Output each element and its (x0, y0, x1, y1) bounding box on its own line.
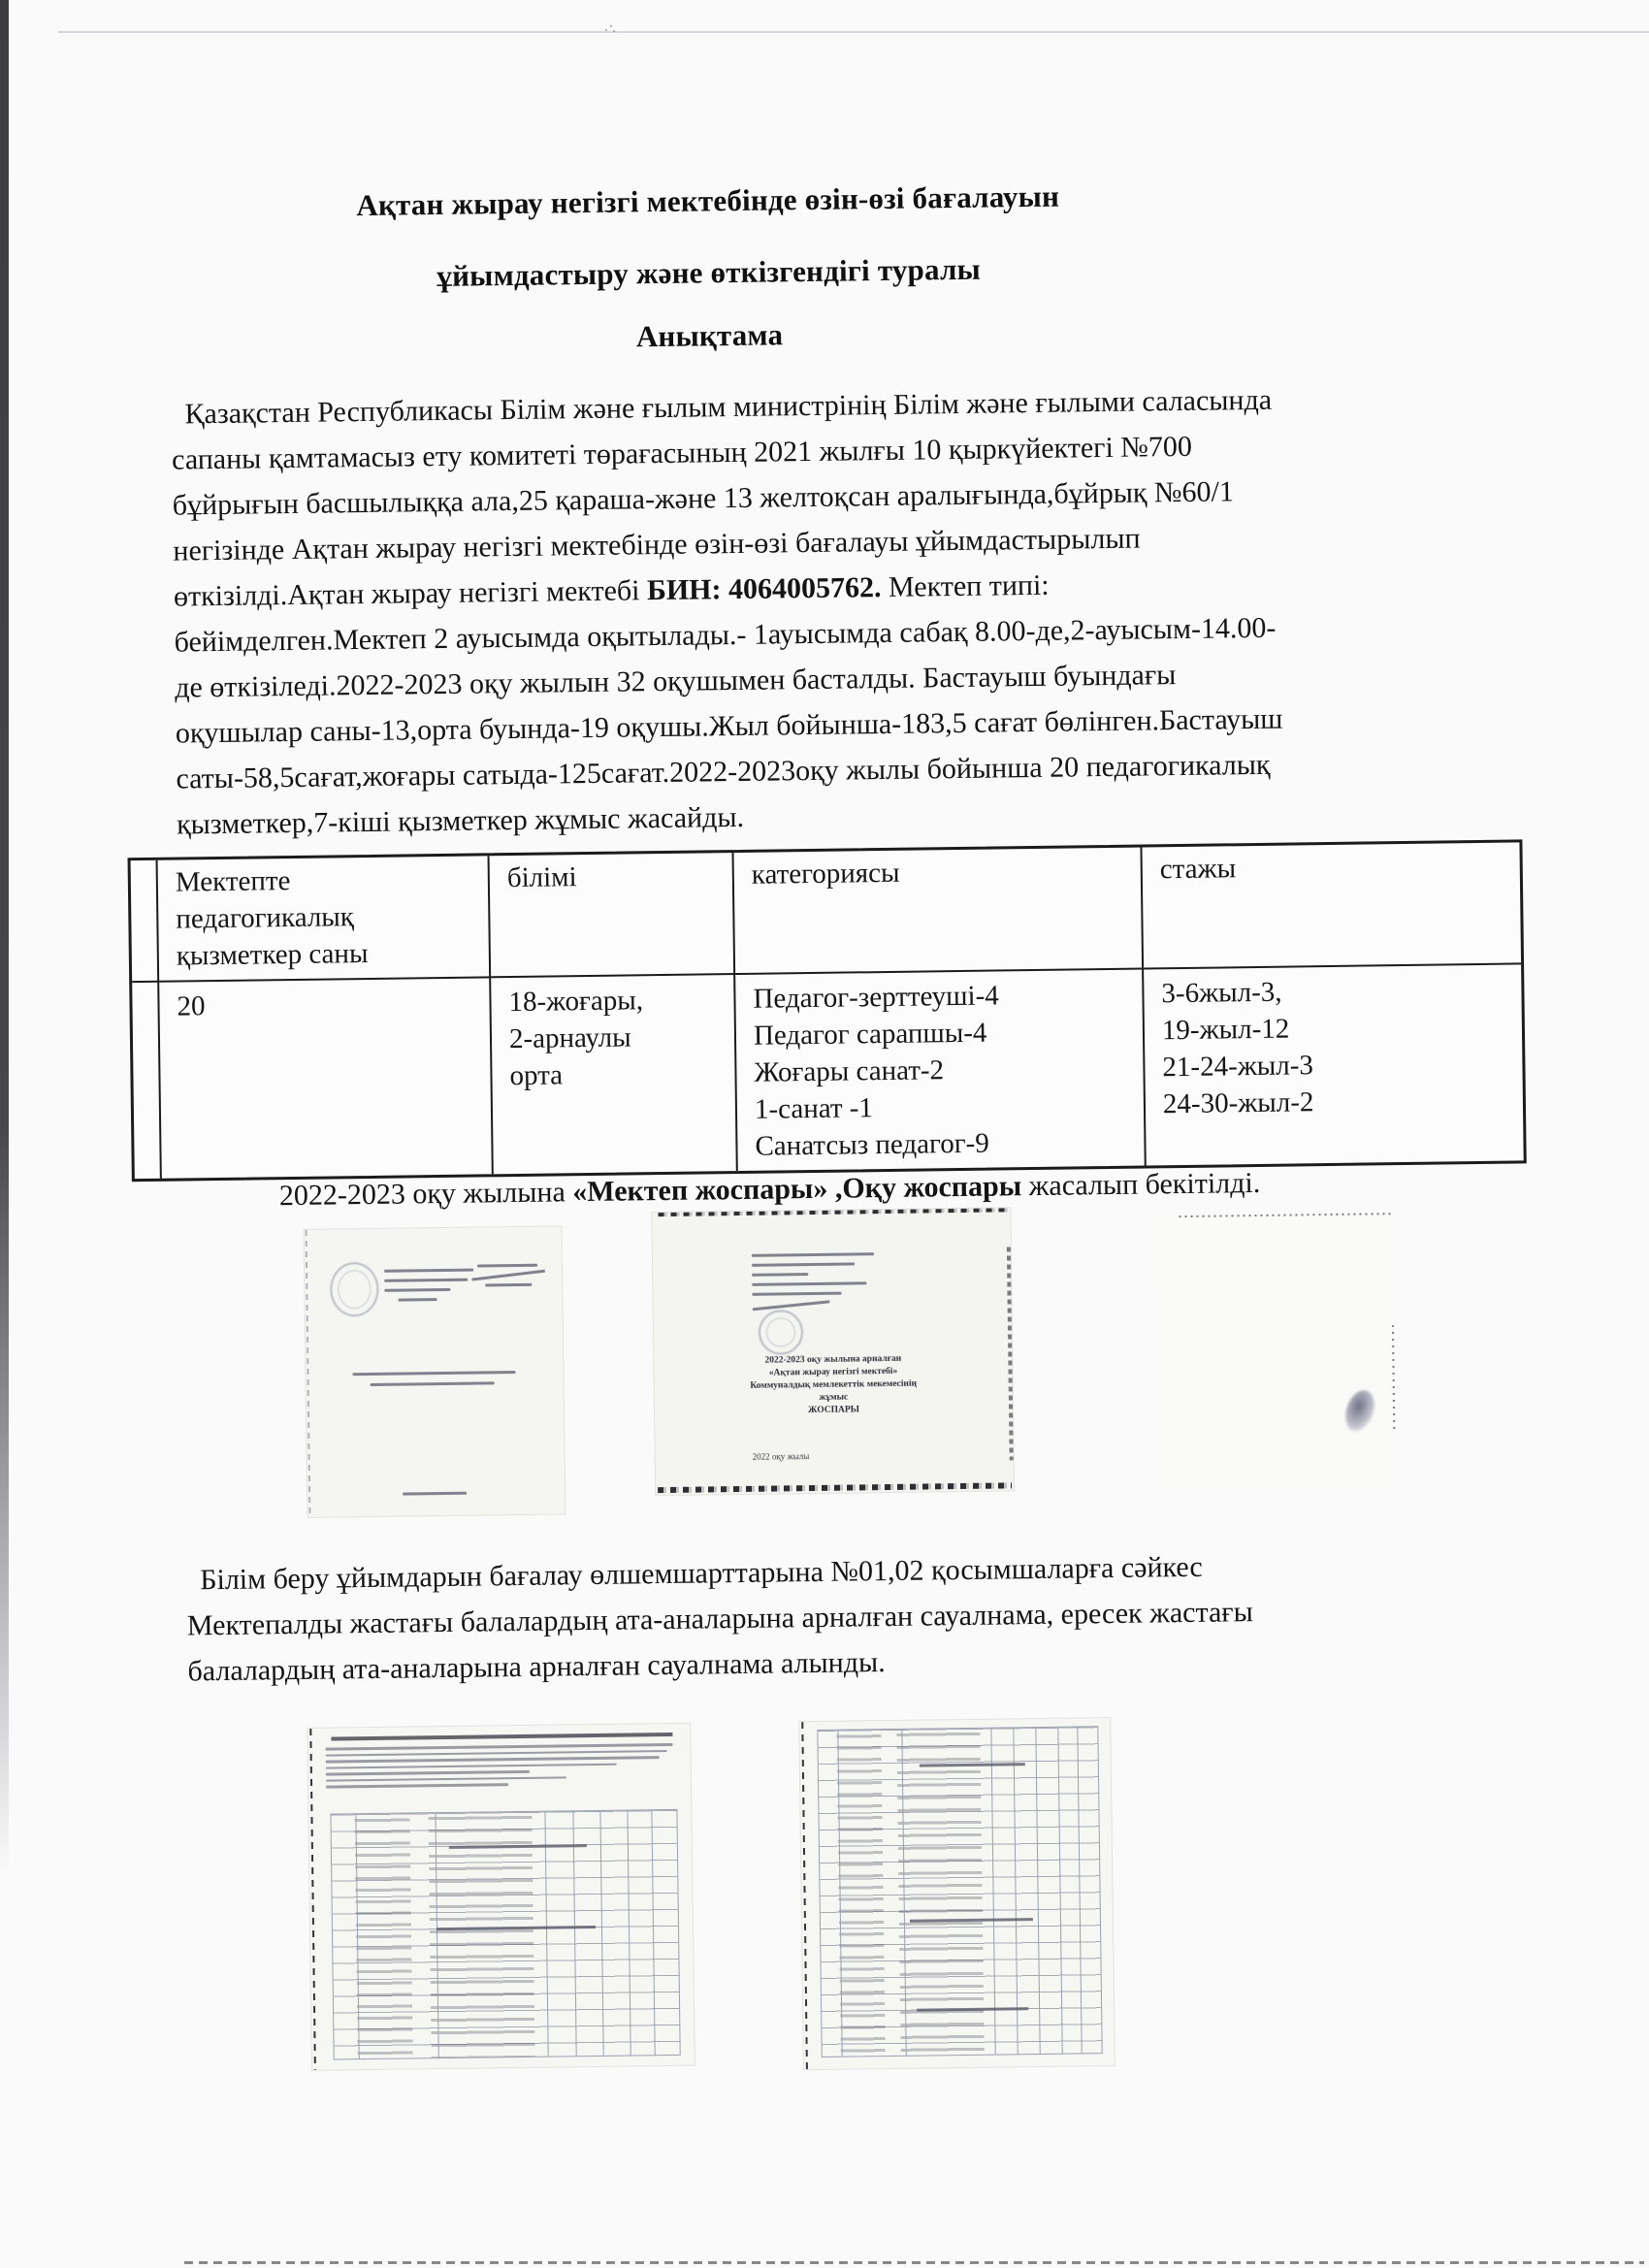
illegible-text-line (752, 1292, 841, 1296)
plan-cover-thumbnail: 2022-2023 оқу жылына арналған «Ақтан жыр… (652, 1208, 1014, 1495)
staff-table-header-education: білімі (490, 853, 736, 978)
questionnaire-thumbnail-left (307, 1724, 695, 2070)
toner-streak (658, 1482, 1012, 1493)
caption-pre: 2022-2023 оқу жылына (279, 1176, 573, 1212)
illegible-paragraph (326, 1743, 678, 1792)
staff-table-header-count: Мектепте педагогикалық қызметкер саны (158, 856, 492, 982)
perforation-line (1179, 1213, 1390, 1217)
illegible-text-line (485, 1283, 532, 1287)
toner-streak (658, 1208, 1008, 1216)
approval-sheet-thumbnail (305, 1226, 566, 1516)
caption-post: жасалып бекітілді. (1021, 1167, 1261, 1202)
illegible-text-line (752, 1281, 866, 1286)
illegible-text-line (384, 1279, 468, 1282)
illegible-text-line (752, 1273, 808, 1277)
signature-stroke (471, 1270, 545, 1281)
staff-table-cell-spacer (132, 983, 162, 1179)
thumbnail-edge (801, 1722, 808, 2069)
illegible-text-line (371, 1381, 495, 1386)
survey-paragraph: Білім беру ұйымдарын бағалау өлшемшартта… (186, 1539, 1566, 1695)
questionnaire-thumbnail-right (799, 1718, 1115, 2069)
questionnaire-table (817, 1726, 1102, 2057)
bin-number: БИН: 4064005762. (647, 571, 882, 606)
intro-paragraph: Қазақстан Республикасы Білім және ғылым … (171, 373, 1554, 848)
plan-cover-title: 2022-2023 оқу жылына арналған «Ақтан жыр… (654, 1351, 1013, 1419)
stamp-icon (330, 1262, 379, 1317)
illegible-text-line (752, 1252, 874, 1257)
staff-table-header-spacer (131, 860, 160, 983)
illegible-text-line (398, 1298, 436, 1302)
staff-table-cell-education: 18-жоғары, 2-арнаулы орта (491, 975, 738, 1174)
illegible-text-line (477, 1264, 537, 1268)
staff-table-header-category: категориясы (734, 848, 1145, 975)
signature-stroke (753, 1300, 830, 1311)
illegible-title-line (331, 1733, 672, 1740)
scan-bottom-edge (184, 2261, 1644, 2264)
document-content: Ақтан жырау негізгі мектебінде өзін-өзі … (0, 0, 1649, 2268)
illegible-text-line (384, 1269, 473, 1273)
table-column-lines (818, 1727, 1101, 2057)
thumbnail-edge (306, 1230, 311, 1517)
staff-table-cell-category: Педагог-зерттеуші-4 Педагог сарапшы-4 Жо… (735, 970, 1147, 1171)
illegible-text-line (352, 1371, 515, 1376)
staff-table: Мектепте педагогикалық қызметкер саны бі… (128, 839, 1527, 1182)
scanned-document-page: Ақтан жырау негізгі мектебінде өзін-өзі … (0, 0, 1649, 2268)
staff-table-cell-count: 20 (159, 978, 494, 1178)
perforation-line (1392, 1325, 1395, 1432)
document-title-line-1: Ақтан жырау негізгі мектебінде өзін-өзі … (0, 175, 1418, 228)
thumbnail-edge (309, 1729, 316, 2070)
plan-cover-footer: 2022 оқу жылы (753, 1451, 810, 1462)
caption-bold: «Мектеп жоспары» ,Оқу жоспары (572, 1170, 1021, 1208)
illegible-text-line (403, 1492, 467, 1496)
illegible-text-line (384, 1288, 450, 1292)
document-title-line-3: Анықтама (0, 309, 1420, 363)
questionnaire-table (330, 1809, 680, 2060)
staff-table-cell-experience: 3-6жыл-3, 19-жыл-12 21-24-жыл-3 24-30-жы… (1144, 964, 1524, 1165)
ink-smudge (1341, 1386, 1379, 1435)
illegible-text-line (752, 1262, 855, 1266)
stamp-icon (759, 1310, 804, 1355)
document-title-line-2: ұйымдастыру және өткізгендігі туралы (0, 246, 1419, 300)
staff-table-header-experience: стажы (1142, 842, 1521, 969)
blank-page-thumbnail (1151, 1209, 1400, 1492)
